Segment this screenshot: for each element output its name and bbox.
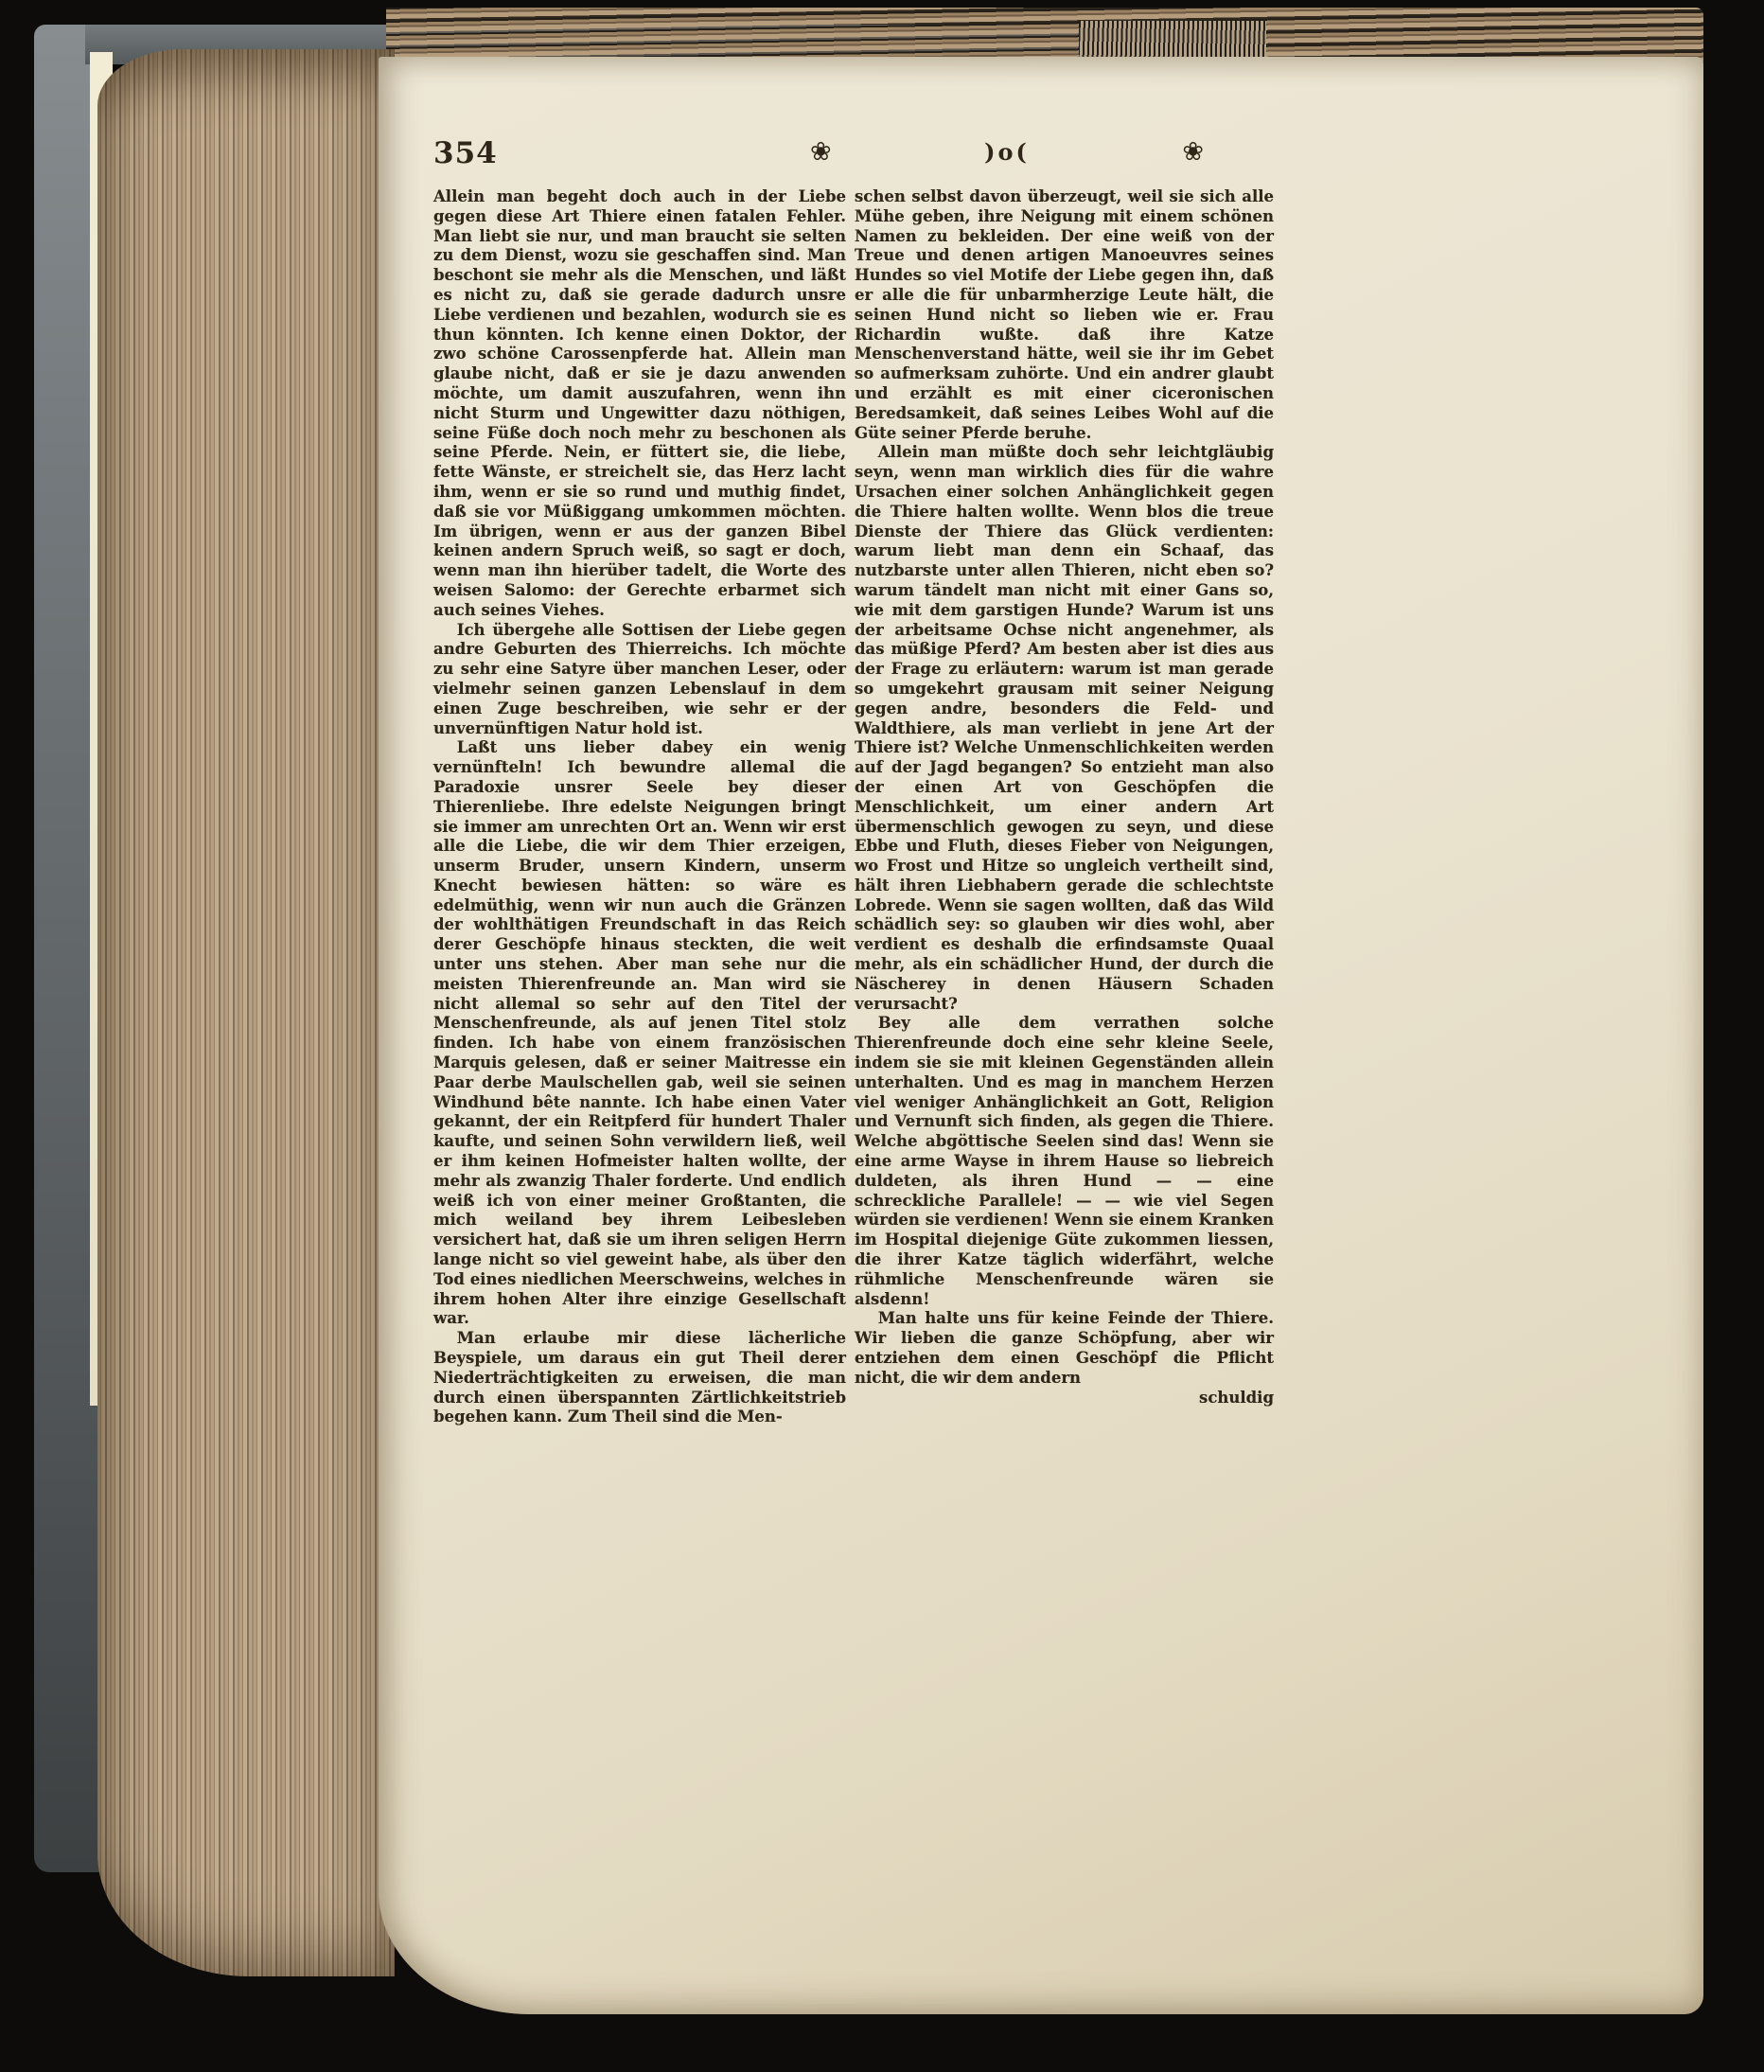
- paragraph: Allein man begeht doch auch in der Liebe…: [433, 187, 846, 621]
- running-head-ornaments: ❀ )o( ❀: [810, 138, 1204, 166]
- paragraph: Man erlaube mir diese lächerliche Beyspi…: [433, 1329, 846, 1427]
- floral-ornament-icon: ❀: [1182, 139, 1204, 165]
- paragraph: Allein man müßte doch sehr leichtgläubig…: [855, 443, 1274, 1014]
- paragraph: Man halte uns für keine Feinde der Thier…: [855, 1309, 1274, 1388]
- printed-page-content: 354 ❀ )o( ❀ Allein man begeht doch auch …: [0, 0, 1764, 2072]
- catchword: schuldig: [855, 1389, 1274, 1408]
- scanned-book-photo: 354 ❀ )o( ❀ Allein man begeht doch auch …: [0, 0, 1764, 2072]
- paragraph: Bey alle dem verrathen solche Thierenfre…: [855, 1014, 1274, 1309]
- photo-background-bottom: [0, 2014, 1764, 2072]
- page-number: 354: [433, 136, 498, 170]
- text-column-right-paragraphs: schen selbst davon überzeugt, weil sie s…: [855, 187, 1274, 1389]
- paragraph: Laßt uns lieber dabey ein wenig vernünft…: [433, 738, 846, 1329]
- paragraph: schen selbst davon überzeugt, weil sie s…: [855, 187, 1274, 443]
- floral-ornament-icon: ❀: [810, 139, 832, 165]
- text-column-left: Allein man begeht doch auch in der Liebe…: [433, 187, 846, 1427]
- paragraph: Ich übergehe alle Sottisen der Liebe geg…: [433, 621, 846, 739]
- header-separator-mark: )o(: [984, 138, 1030, 166]
- text-column-right: schen selbst davon überzeugt, weil sie s…: [855, 187, 1274, 1408]
